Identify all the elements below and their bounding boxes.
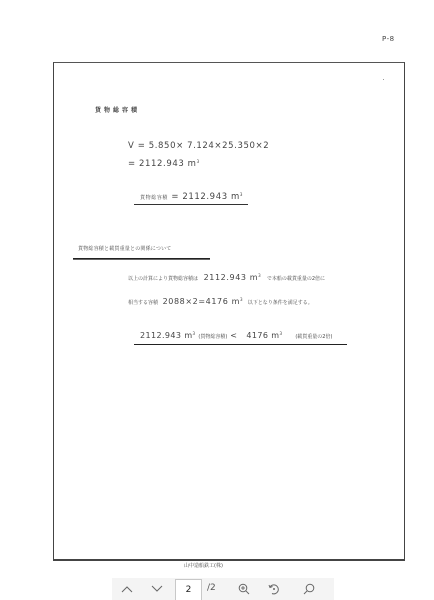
- result-value: = 2112.943 m: [171, 192, 240, 202]
- scan-speck: [383, 79, 384, 80]
- zoom-in-button[interactable]: [234, 578, 254, 600]
- result-line: 貨物総容積 = 2112.943 m3: [140, 192, 243, 202]
- paragraph-line-1: 以上の計算により貨物総容積は 2112.943 m3 で本船の載貨重量の2倍に: [128, 273, 325, 282]
- equation-line-1: V = 5.850× 7.124×25.350×2: [128, 141, 269, 151]
- section-heading: 貨物総容積: [95, 105, 140, 114]
- zoom-in-icon: [238, 583, 250, 595]
- subheading: 貨物総容積と載貨重量との関係について: [78, 245, 172, 252]
- search-icon: [303, 583, 315, 595]
- chevron-up-icon: [121, 585, 133, 593]
- rotate-button[interactable]: [264, 578, 284, 600]
- previous-page-button[interactable]: [114, 578, 140, 600]
- subheading-underline-2: [73, 259, 210, 260]
- footer-company: 山中造船鉄工(株): [184, 562, 223, 569]
- document-frame: [53, 62, 405, 561]
- total-pages: /2: [207, 583, 216, 593]
- comparison-line: 2112.943 m3 (貨物総容積) < 4176 m3 (載貨重量の2倍): [140, 331, 332, 340]
- paragraph-line-2: 相当する容積 2088×2=4176 m3 以下となり条件を満足する。: [128, 297, 313, 306]
- page-number: P-8: [382, 35, 395, 43]
- result-label: 貨物総容積: [140, 195, 168, 201]
- page-number-input[interactable]: 2: [175, 579, 202, 600]
- rotate-icon: [268, 583, 280, 595]
- search-button[interactable]: [299, 578, 319, 600]
- equation-line-2: = 2112.943 m3: [128, 159, 200, 169]
- comparison-underline: [134, 344, 347, 345]
- chevron-down-icon: [151, 585, 163, 593]
- next-page-button[interactable]: [144, 578, 170, 600]
- result-underline: [134, 204, 248, 205]
- pdf-toolbar: 2 /2: [112, 578, 334, 600]
